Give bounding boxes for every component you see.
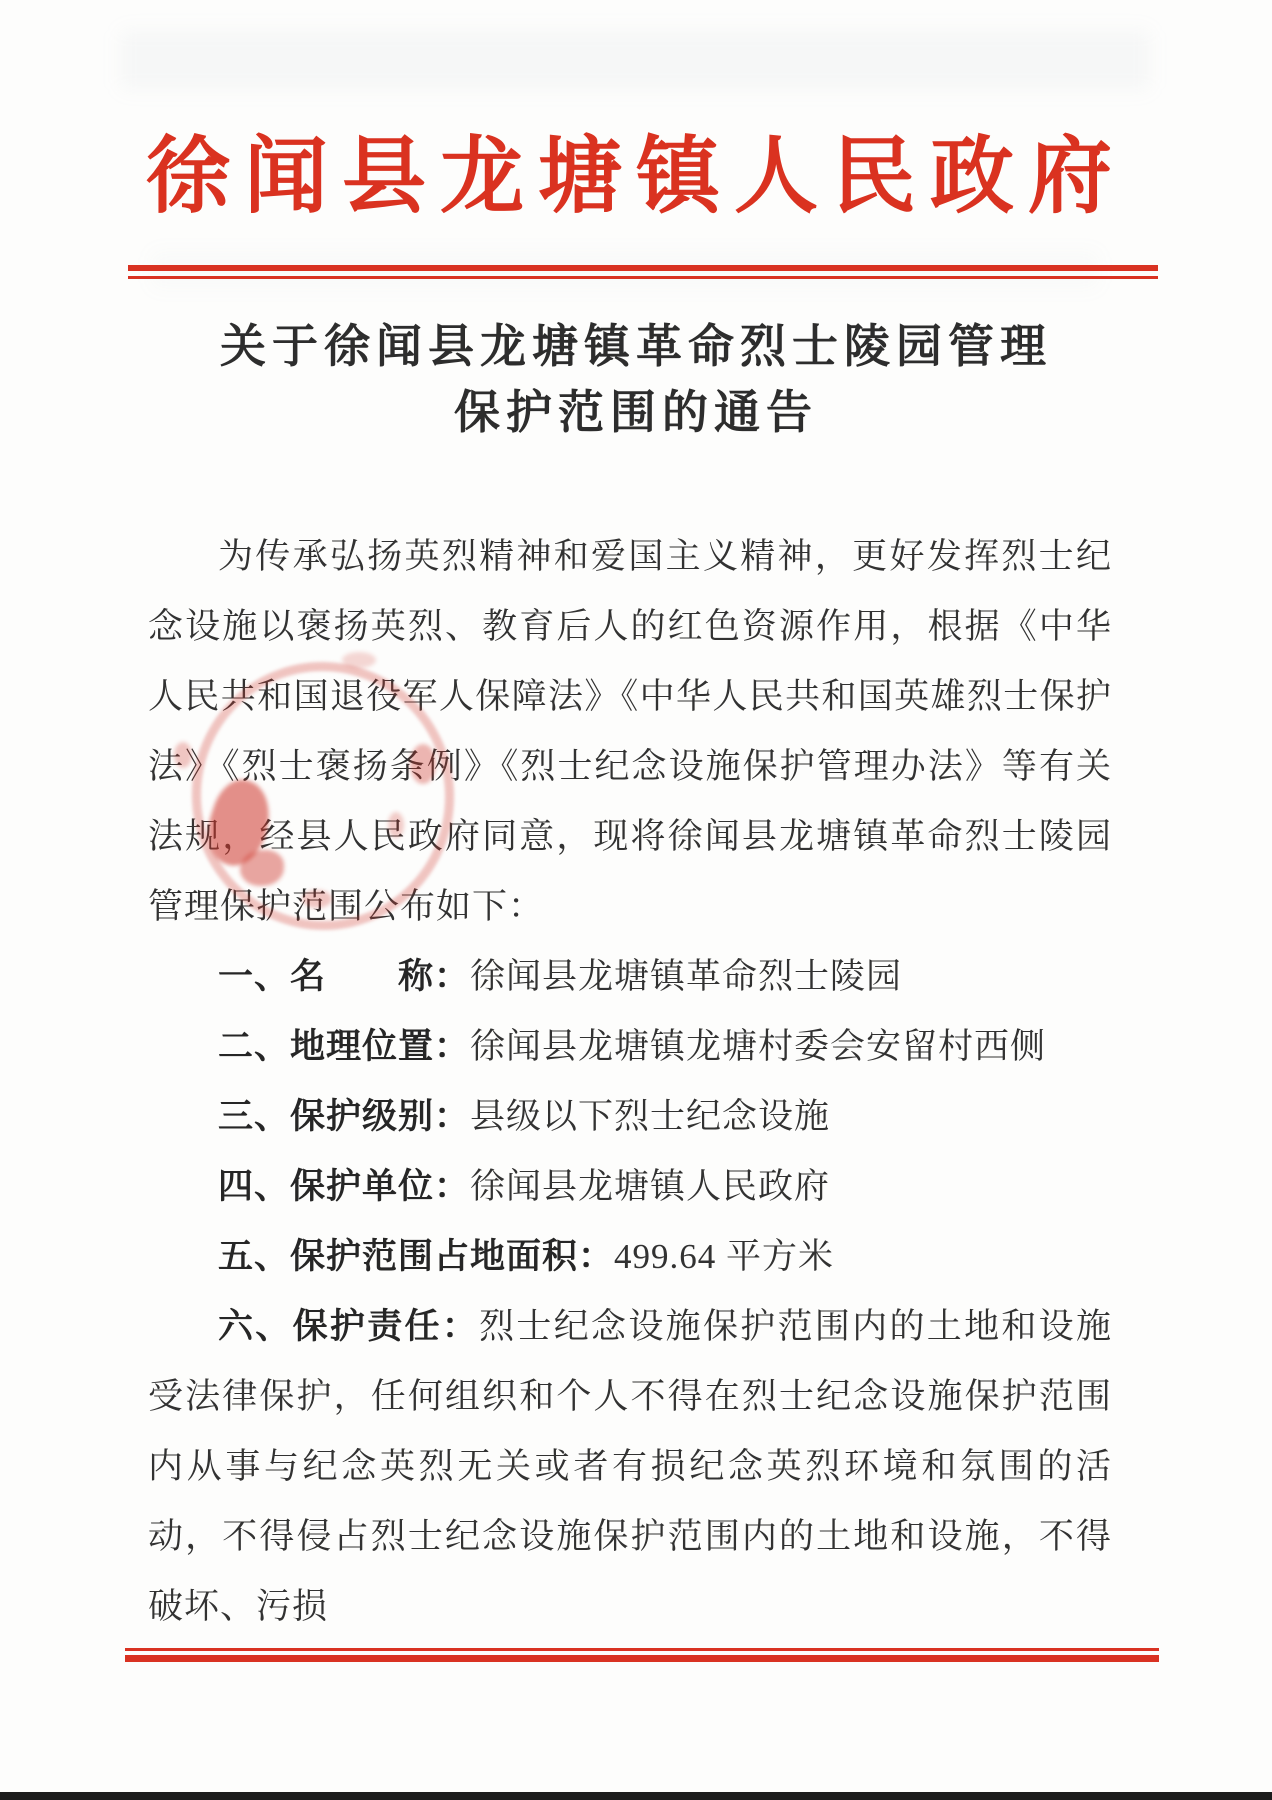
document-page: 徐闻县龙塘镇人民政府 关于徐闻县龙塘镇革命烈士陵园管理 保护范围的通告 为传承弘…	[0, 0, 1272, 1800]
document-title-line2: 保护范围的通告	[0, 380, 1272, 446]
footer-divider	[125, 1648, 1159, 1662]
divider-thin-line	[128, 276, 1158, 279]
intro-paragraph: 为传承弘扬英烈精神和爱国主义精神，更好发挥烈士纪念设施以褒扬英烈、教育后人的红色…	[148, 522, 1112, 942]
item-label: 五、保护范围占地面积：	[218, 1237, 614, 1276]
divider-thick-line	[125, 1655, 1159, 1662]
scan-bleed-through	[120, 30, 1150, 90]
item-value: 徐闻县龙塘镇龙塘村委会安留村西侧	[470, 1027, 1046, 1066]
item-protection-level: 三、保护级别：县级以下烈士纪念设施	[148, 1082, 1112, 1152]
letterhead-divider	[128, 265, 1158, 279]
document-body: 为传承弘扬英烈精神和爱国主义精神，更好发挥烈士纪念设施以褒扬英烈、教育后人的红色…	[148, 522, 1112, 1642]
item-name: 一、名 称：徐闻县龙塘镇革命烈士陵园	[148, 942, 1112, 1012]
item-value: 499.64 平方米	[614, 1237, 834, 1276]
page-bottom-edge	[0, 1792, 1272, 1800]
item-value: 县级以下烈士纪念设施	[470, 1097, 830, 1136]
item-label: 四、保护单位：	[218, 1167, 470, 1206]
item-value: 徐闻县龙塘镇革命烈士陵园	[470, 957, 902, 996]
item-label: 一、名 称：	[218, 957, 470, 996]
item-value: 徐闻县龙塘镇人民政府	[470, 1167, 830, 1206]
item-location: 二、地理位置：徐闻县龙塘镇龙塘村委会安留村西侧	[148, 1012, 1112, 1082]
item-label: 三、保护级别：	[218, 1097, 470, 1136]
item-label: 六、保护责任：	[218, 1307, 479, 1346]
item-label: 二、地理位置：	[218, 1027, 470, 1066]
item-protection-area: 五、保护范围占地面积：499.64 平方米	[148, 1222, 1112, 1292]
letterhead-title: 徐闻县龙塘镇人民政府	[0, 126, 1272, 226]
item-protection-duty: 六、保护责任：烈士纪念设施保护范围内的土地和设施受法律保护，任何组织和个人不得在…	[148, 1292, 1112, 1642]
document-title-line1: 关于徐闻县龙塘镇革命烈士陵园管理	[0, 314, 1272, 380]
document-title: 关于徐闻县龙塘镇革命烈士陵园管理 保护范围的通告	[0, 314, 1272, 446]
item-value: 烈士纪念设施保护范围内的土地和设施受法律保护，任何组织和个人不得在烈士纪念设施保…	[148, 1307, 1112, 1626]
item-protection-unit: 四、保护单位：徐闻县龙塘镇人民政府	[148, 1152, 1112, 1222]
